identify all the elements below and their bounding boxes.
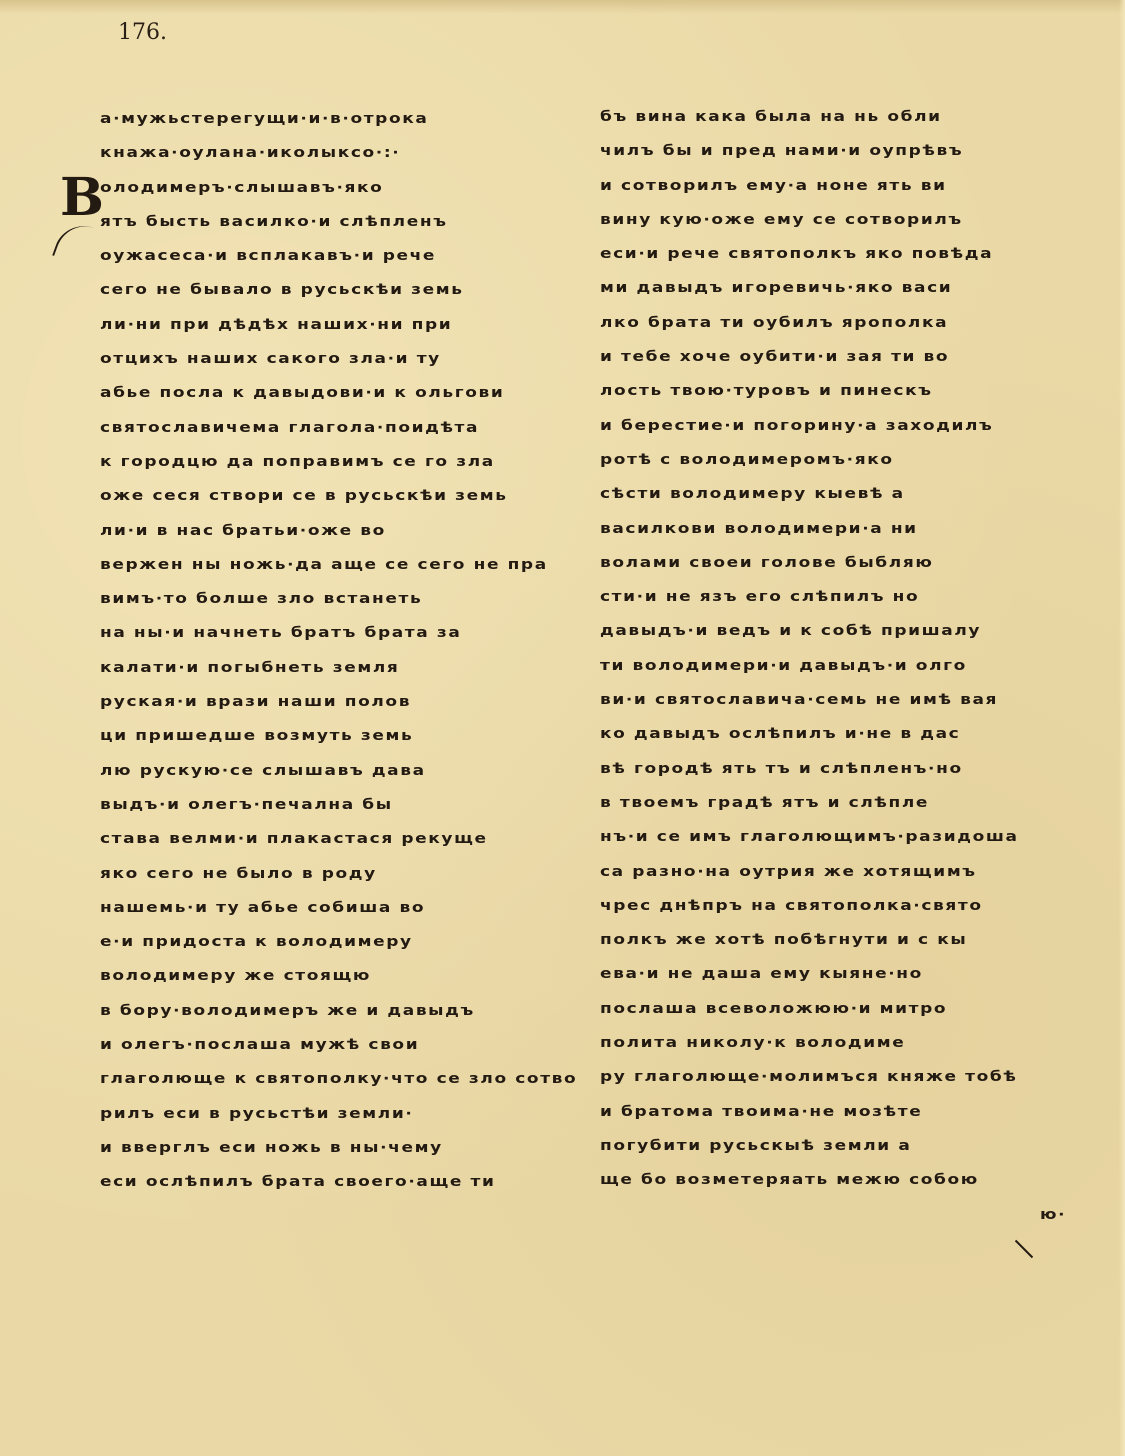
manuscript-line: кнажа·оулана·иколыксо·:· (100, 139, 560, 167)
manuscript-line: чилъ бы и пред нами·и оупрѣвъ (600, 137, 1090, 165)
manuscript-line: святославичема глагола·поидѣта (100, 414, 560, 442)
page-right-edge (1119, 0, 1125, 1456)
manuscript-line: ко давыдъ ослѣпилъ и·не в дас (600, 720, 1090, 748)
manuscript-line: и берестие·и погорину·а заходилъ (600, 412, 1090, 440)
manuscript-line: и олегъ·послаша мужѣ свои (100, 1031, 560, 1059)
manuscript-line: и вверглъ еси ножь в ны·чему (100, 1134, 560, 1162)
manuscript-line: погубити русьскыѣ земли а (600, 1132, 1090, 1160)
manuscript-line: полита николу·к володиме (600, 1029, 1090, 1057)
manuscript-line: вѣ городѣ ять тъ и слѣпленъ·но (600, 755, 1090, 783)
manuscript-line: ми давыдъ игоревичь·яко васи (600, 275, 1090, 303)
manuscript-line: ли·ни при дѣдѣх наших·ни при (100, 311, 560, 339)
right-text-column: бъ вина кака была на нь обличилъ бы и пр… (600, 100, 1090, 1232)
left-text-column: а·мужьстерегущи·и·в·отрокакнажа·оулана·и… (100, 102, 560, 1200)
manuscript-line: лко брата ти оубилъ ярополка (600, 309, 1090, 337)
manuscript-line: калати·и погыбнеть земля (100, 654, 560, 682)
manuscript-line: вимъ·то болше зло встанеть (100, 585, 560, 613)
manuscript-line: олодимеръ·слышавъ·яко (100, 174, 560, 202)
closing-fragment: ю· (600, 1201, 1090, 1229)
manuscript-line: а·мужьстерегущи·и·в·отрока (100, 105, 560, 133)
manuscript-line: чрес днѣпръ на святополка·свято (600, 892, 1090, 920)
manuscript-line: ру глаголюще·молимъся княже тобѣ (600, 1063, 1090, 1091)
manuscript-line: нъ·и се имъ глаголющимъ·разидоша (600, 823, 1090, 851)
manuscript-line: к городцю да поправимъ се го зла (100, 448, 560, 476)
manuscript-line: василкови володимери·а ни (600, 515, 1090, 543)
manuscript-line: сти·и не язъ его слѣпилъ но (600, 583, 1090, 611)
manuscript-line: оже сеся створи се в русьскѣи земь (100, 482, 560, 510)
manuscript-line: еси·и рече святополкъ яко повѣда (600, 240, 1090, 268)
page-top-shadow (0, 0, 1125, 14)
manuscript-line: и сотворилъ ему·а ноне ять ви (600, 172, 1090, 200)
manuscript-line: ева·и не даша ему кыяне·но (600, 961, 1090, 989)
manuscript-line: вержен ны ножь·да аще се сего не пра (100, 551, 560, 579)
manuscript-line: ти володимери·и давыдъ·и олго (600, 652, 1090, 680)
manuscript-line: става велми·и плакастася рекуще (100, 825, 560, 853)
manuscript-line: лю рускую·се слышавъ дава (100, 757, 560, 785)
manuscript-line: в твоемъ градѣ ятъ и слѣпле (600, 789, 1090, 817)
manuscript-line: бъ вина кака была на нь обли (600, 103, 1090, 131)
manuscript-line: рилъ еси в русьстѣи земли· (100, 1100, 560, 1128)
illuminated-initial-letter: В (60, 172, 104, 224)
manuscript-line: глаголюще к святополку·что се зло сотво (100, 1065, 560, 1093)
manuscript-line: лость твою·туровъ и пинескъ (600, 377, 1090, 405)
manuscript-line: сѣсти володимеру кыевѣ а (600, 480, 1090, 508)
manuscript-line: давыдъ·и ведъ и к собѣ пришалу (600, 618, 1090, 646)
manuscript-line: вину кую·оже ему се сотворилъ (600, 206, 1090, 234)
page-number: 176. (118, 20, 167, 45)
manuscript-line: в бору·володимеръ же и давыдъ (100, 997, 560, 1025)
manuscript-line: ще бо возметеряать межю собою (600, 1166, 1090, 1194)
manuscript-line: еси ослѣпилъ брата своего·аще ти (100, 1168, 560, 1196)
manuscript-line: ци пришедше возмуть земь (100, 722, 560, 750)
manuscript-line: ятъ бысть василко·и слѣпленъ (100, 208, 560, 236)
manuscript-line: и тебе хоче оубити·и зая ти во (600, 343, 1090, 371)
end-flourish (1015, 1240, 1033, 1258)
manuscript-line: ви·и святославича·семь не имѣ вая (600, 686, 1090, 714)
manuscript-line: полкъ же хотѣ побѣгнути и с кы (600, 926, 1090, 954)
manuscript-line: оужасеса·и всплакавъ·и рече (100, 242, 560, 270)
manuscript-line: нашемь·и ту абье собиша во (100, 894, 560, 922)
manuscript-line: послаша всеволожюю·и митро (600, 995, 1090, 1023)
manuscript-line: ли·и в нас братьи·оже во (100, 517, 560, 545)
manuscript-line: выдъ·и олегъ·печална бы (100, 791, 560, 819)
manuscript-line: е·и придоста к володимеру (100, 928, 560, 956)
manuscript-line: ротѣ с володимеромъ·яко (600, 446, 1090, 474)
manuscript-line: сего не бывало в русьскѣи земь (100, 277, 560, 305)
manuscript-line: абье посла к давыдови·и к ольгови (100, 379, 560, 407)
manuscript-line: руская·и врази наши полов (100, 688, 560, 716)
manuscript-line: волами своеи голове быбляю (600, 549, 1090, 577)
manuscript-line: на ны·и начнеть братъ брата за (100, 620, 560, 648)
manuscript-line: и братома твоима·не мозѣте (600, 1098, 1090, 1126)
manuscript-line: яко сего не было в роду (100, 860, 560, 888)
manuscript-line: са разно·на оутрия же хотящимъ (600, 858, 1090, 886)
manuscript-line: отцихъ наших сакого зла·и ту (100, 345, 560, 373)
manuscript-line: володимеру же стоящю (100, 963, 560, 991)
